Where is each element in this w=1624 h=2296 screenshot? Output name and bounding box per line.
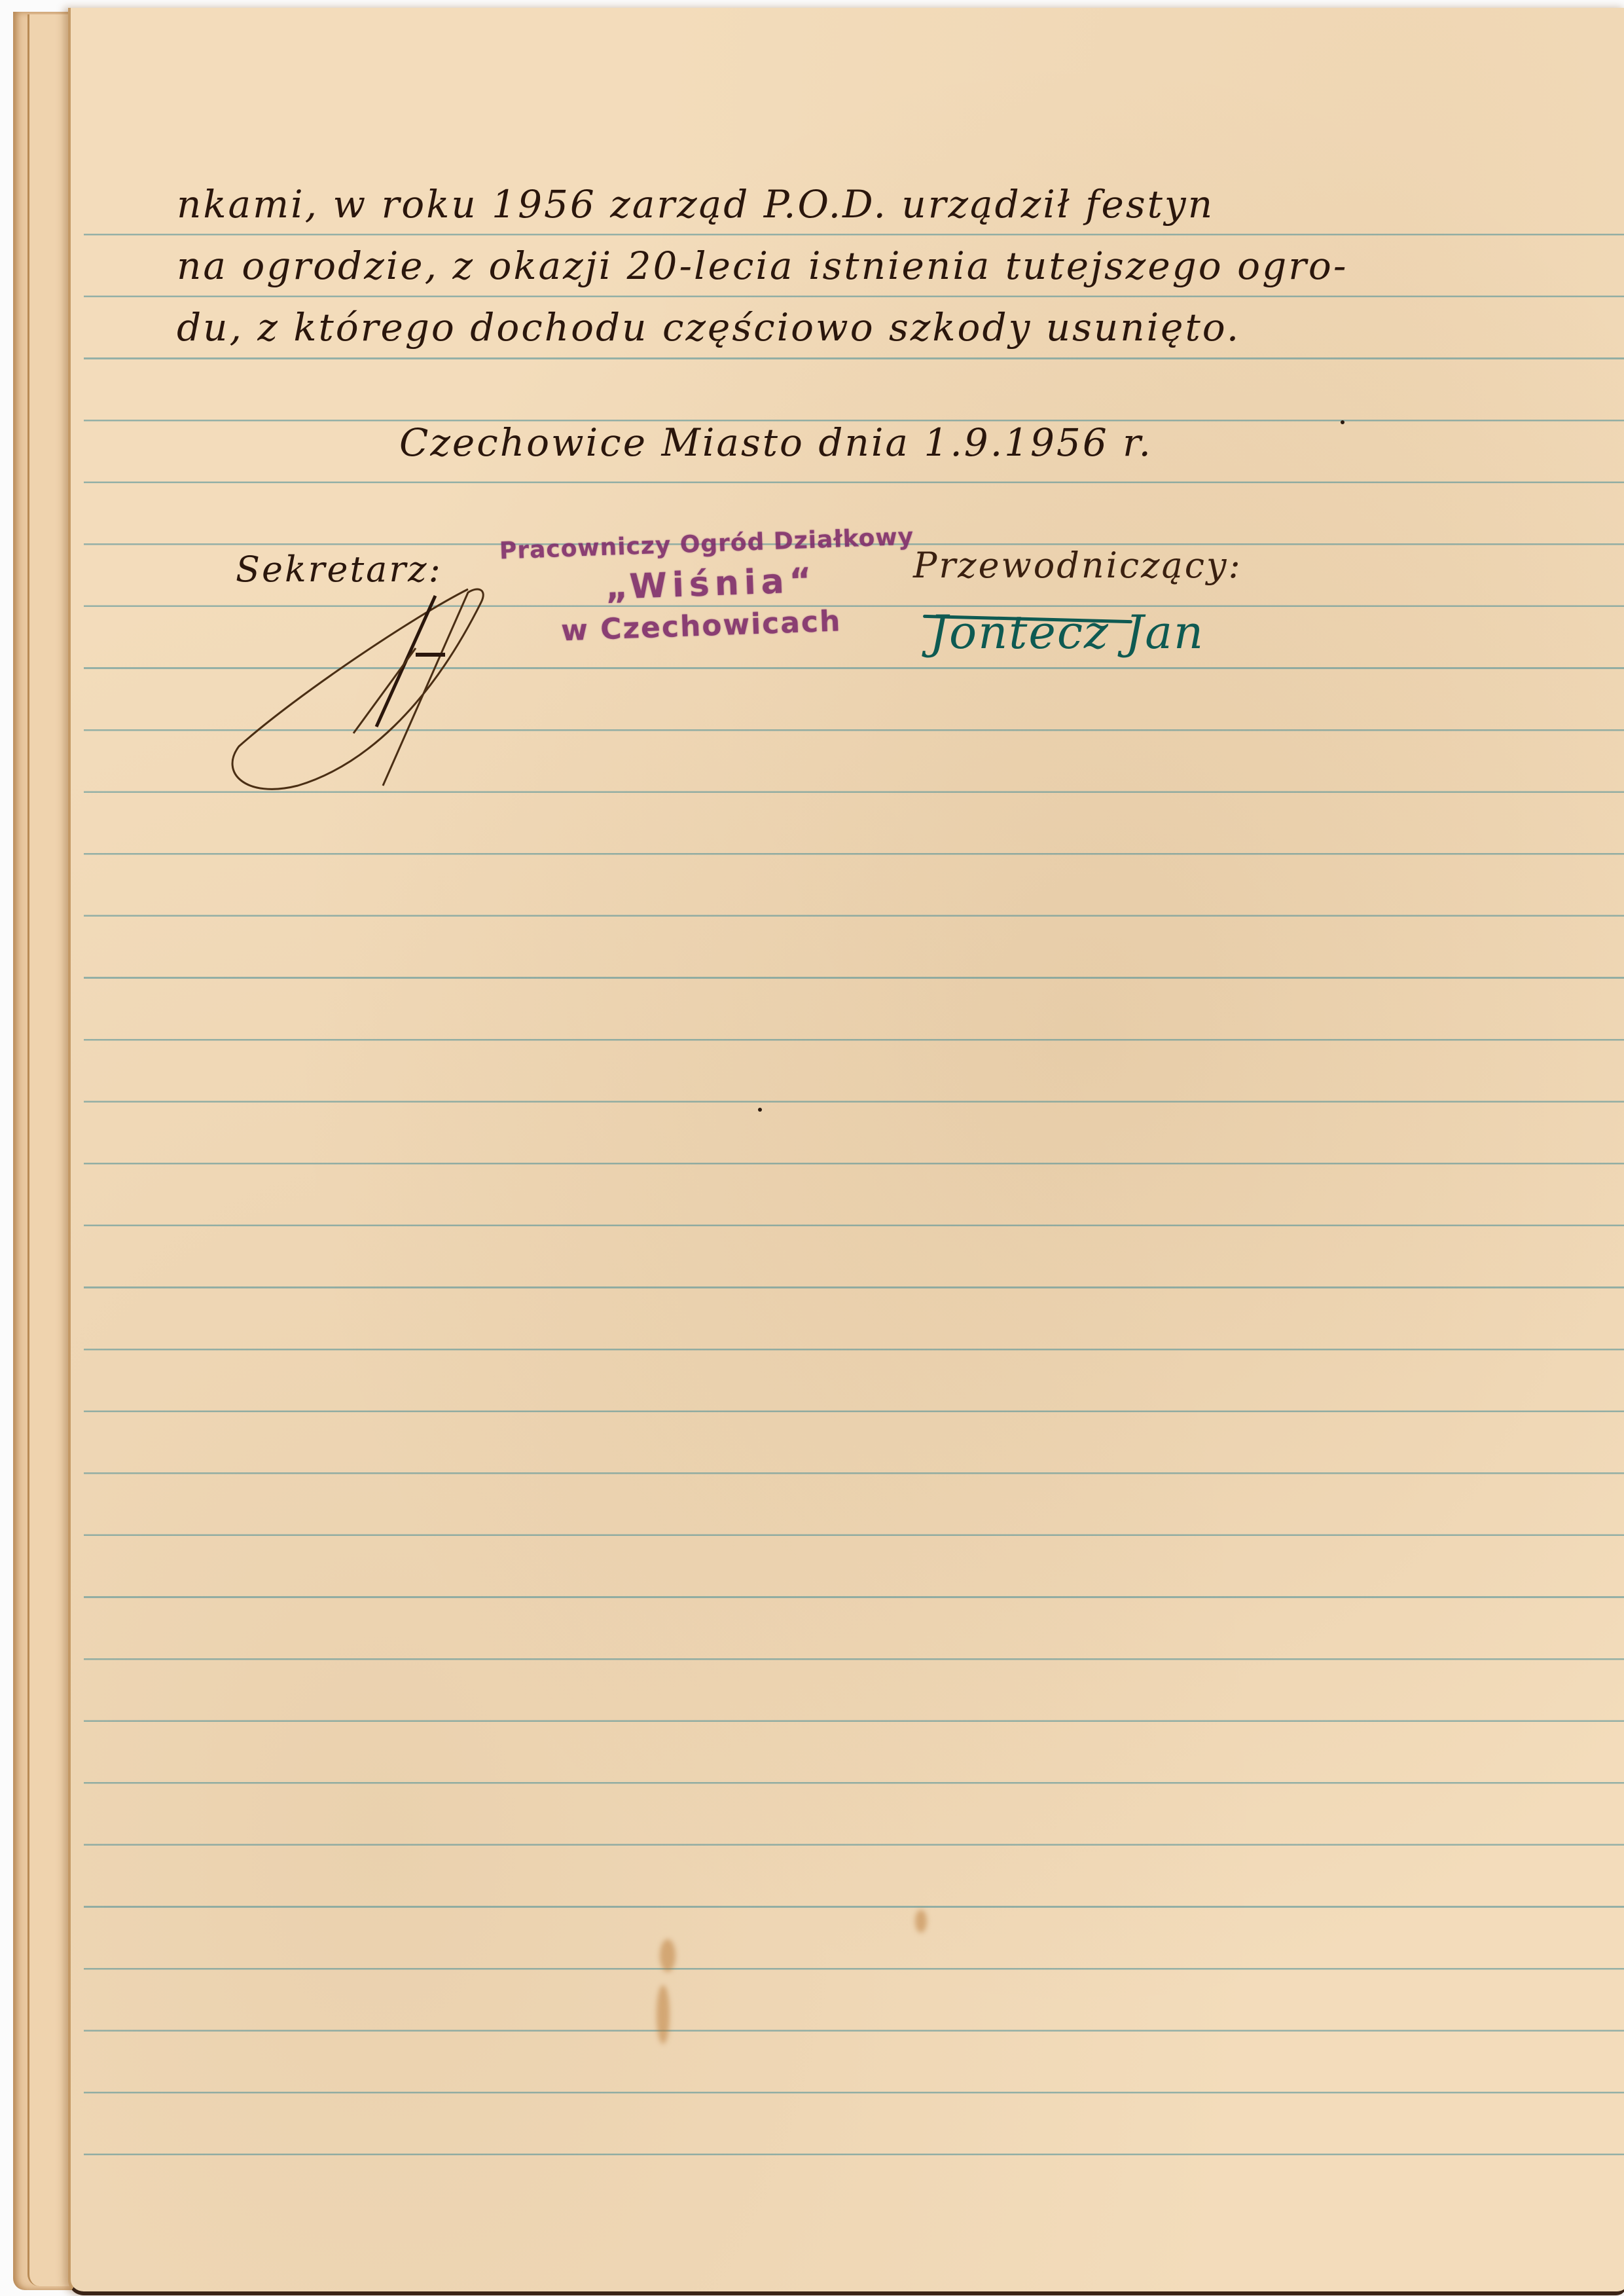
ink-speck [1341, 420, 1344, 424]
body-text-line-3: du, z którego dochodu częściowo szkody u… [177, 305, 1240, 350]
ink-speck [758, 1108, 762, 1112]
stamp-line-name: „Wiśnia“ [605, 561, 818, 608]
organization-stamp: Pracowniczy Ogród Działkowy „Wiśnia“ w C… [492, 509, 942, 663]
notebook-page [68, 8, 1624, 2295]
paper-stain [915, 1910, 927, 1933]
chairman-signature: Jontecz Jan [929, 606, 1204, 659]
paper-stain [660, 1939, 676, 1972]
body-text-line-1: nkami, w roku 1956 zarząd P.O.D. urządzi… [177, 182, 1214, 227]
ruled-lines [84, 173, 1624, 2193]
stamp-line-organization: Pracowniczy Ogród Działkowy [499, 523, 914, 564]
stamp-line-location: w Czechowicach [560, 604, 842, 647]
paper-stain [657, 1985, 670, 2044]
place-date-line: Czechowice Miasto dnia 1.9.1956 r. [399, 420, 1153, 465]
body-text-line-2: na ogrodzie, z okazji 20-lecia istnienia… [177, 244, 1348, 288]
secretary-signature-scribble-icon [219, 576, 494, 799]
chairman-label: Przewodniczący: [913, 545, 1242, 586]
